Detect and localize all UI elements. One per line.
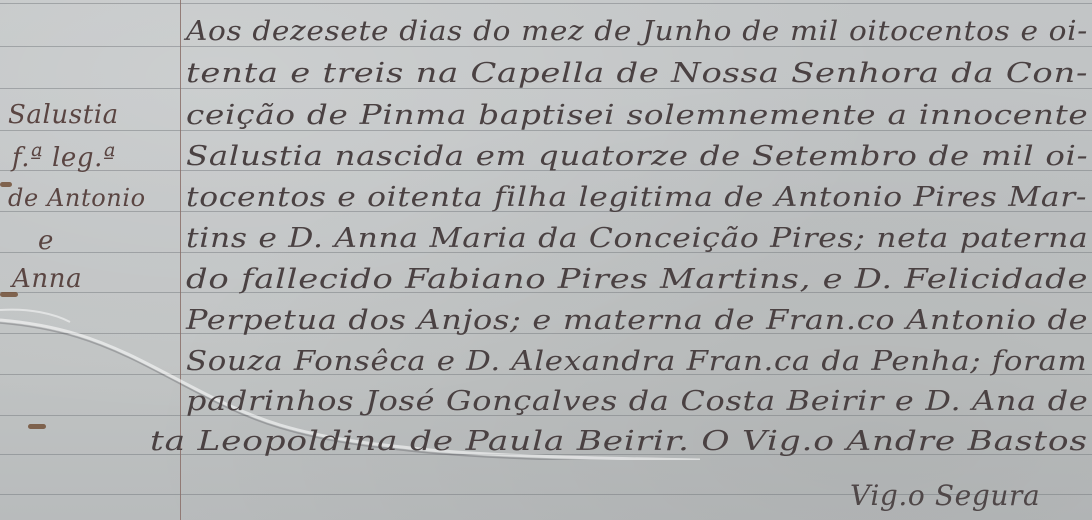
- entry-line-9: Souza Fonsêca e D. Alexandra Fran.ca da …: [186, 348, 1087, 375]
- margin-mother-name: Anna: [12, 266, 82, 292]
- margin-legitimate-daughter: f.ª leg.ª: [12, 145, 116, 171]
- margin-child-name: Salustia: [8, 102, 119, 128]
- entry-line-8: Perpetua dos Anjos; e materna de Fran.co…: [186, 307, 1088, 334]
- ink-stain: [28, 424, 46, 429]
- entry-line-6: tins e D. Anna Maria da Conceição Pires;…: [186, 225, 1088, 252]
- register-page: Salustia f.ª leg.ª de Antonio e Anna Aos…: [0, 0, 1092, 520]
- priest-signature: Vig.o Segura: [850, 482, 1040, 510]
- entry-line-2: tenta e treis na Capella de Nossa Senhor…: [186, 60, 1088, 87]
- entry-line-10: padrinhos José Gonçalves da Costa Beirir…: [186, 388, 1088, 415]
- entry-line-11: ta Leopoldina de Paula Beirir. O Vig.o A…: [150, 428, 1088, 455]
- entry-line-4: Salustia nascida em quatorze de Setembro…: [186, 143, 1088, 170]
- entry-line-5: tocentos e oitenta filha legitima de Ant…: [186, 184, 1087, 211]
- margin-father-name: de Antonio: [8, 186, 146, 210]
- margin-and: e: [38, 228, 54, 254]
- entry-line-1: Aos dezesete dias do mez de Junho de mil…: [186, 18, 1088, 45]
- ruled-line: [0, 3, 1092, 4]
- entry-line-3: ceição de Pinma baptisei solemnemente a …: [186, 102, 1088, 129]
- entry-line-7: do fallecido Fabiano Pires Martins, e D.…: [186, 266, 1088, 293]
